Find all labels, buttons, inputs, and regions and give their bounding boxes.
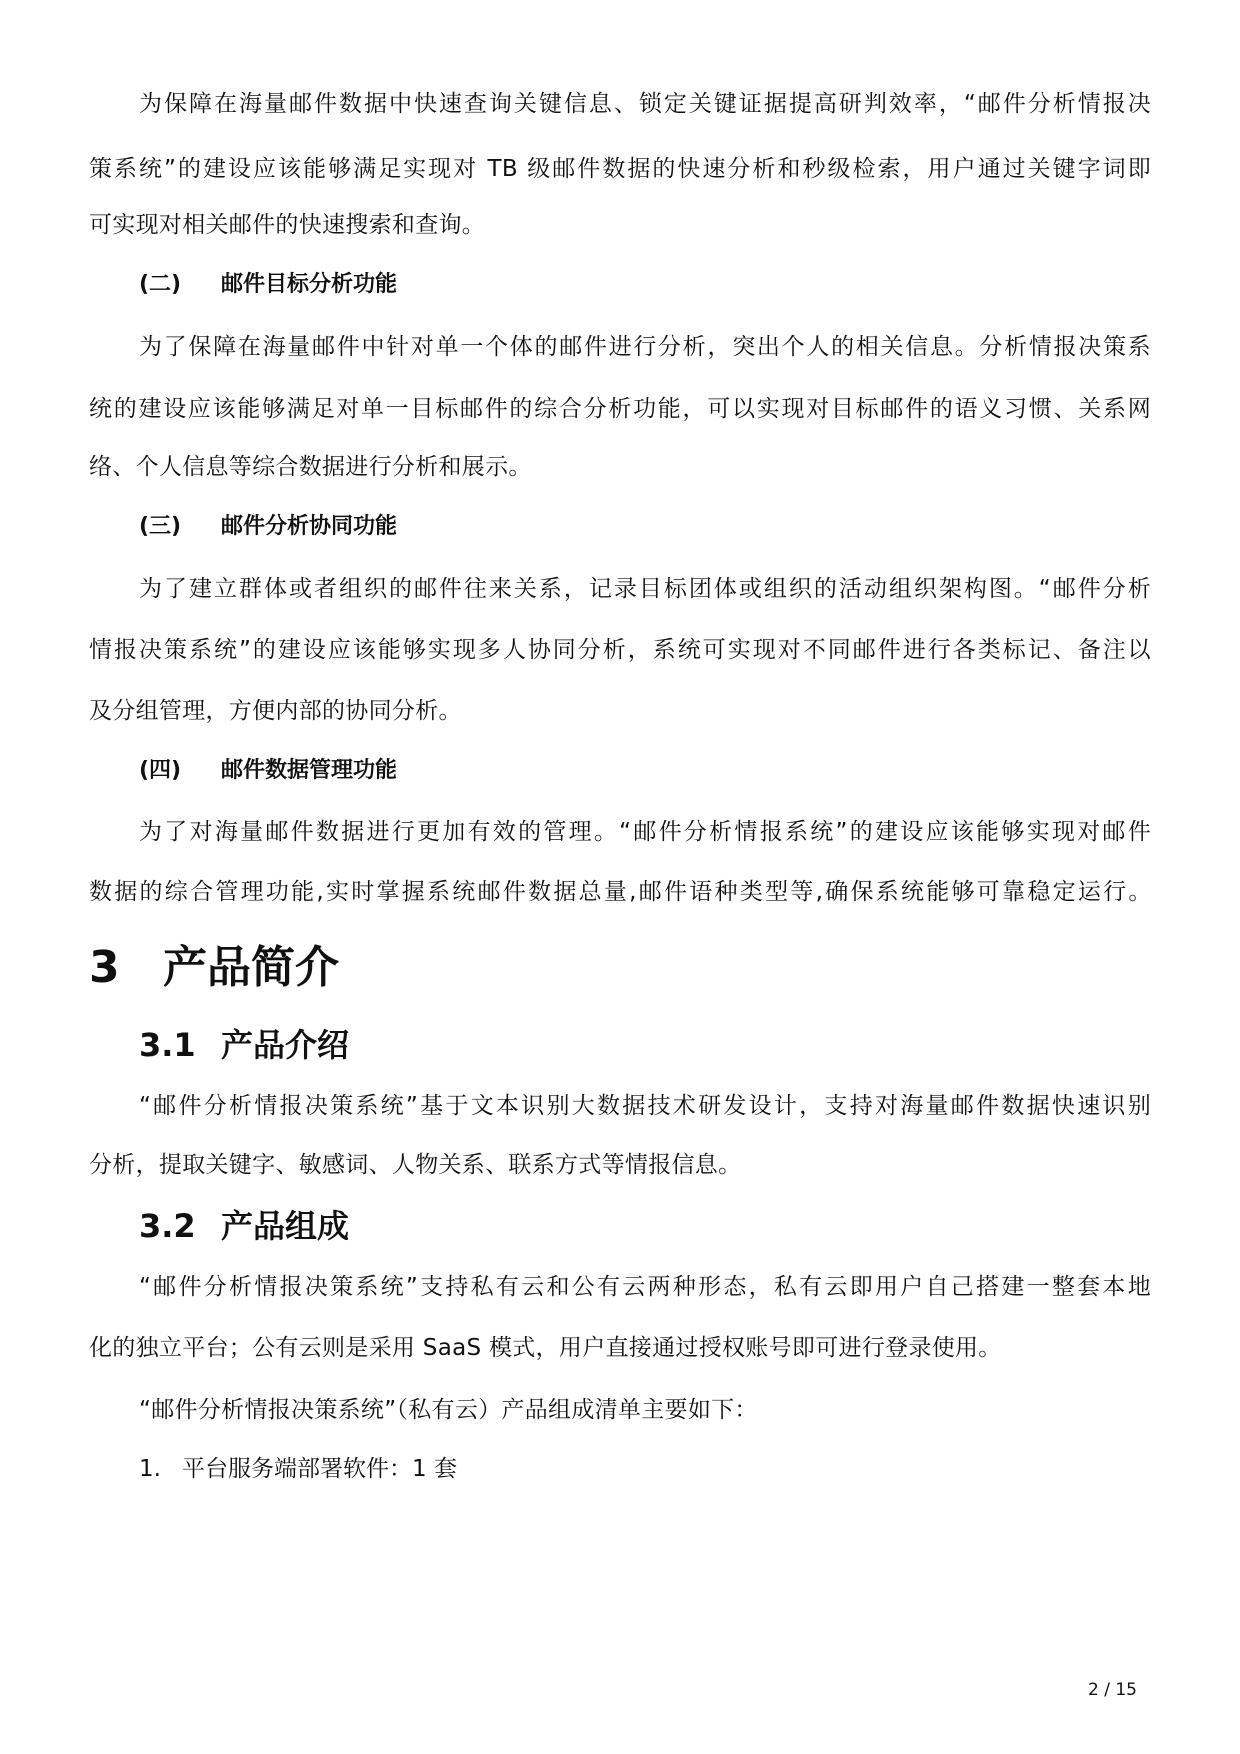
heading-number: 3.2 (139, 1205, 221, 1247)
section-heading-product-intro: 3.1产品介绍 (139, 1024, 349, 1066)
list-item-text: 平台服务端部署软件：1 套 (182, 1456, 457, 1482)
paragraph-line: 统的建设应该能够满足对单一目标邮件的综合分析功能，可以实现对目标邮件的语义习惯、… (89, 394, 1151, 424)
paragraph-line: “邮件分析情报决策系统”支持私有云和公有云两种形态，私有云即用户自己搭建一整套本… (139, 1272, 1151, 1302)
heading-number: (三) (139, 512, 221, 542)
paragraph-line: 数据的综合管理功能,实时掌握系统邮件数据总量,邮件语种类型等,确保系统能够可靠稳… (89, 877, 1151, 907)
section-heading-product-composition: 3.2产品组成 (139, 1205, 349, 1247)
paragraph-line: 策系统”的建设应该能够满足实现对 TB 级邮件数据的快速分析和秒级检索，用户通过… (89, 154, 1151, 184)
paragraph-line: 分析，提取关键字、敏感词、人物关系、联系方式等情报信息。 (89, 1150, 1151, 1180)
paragraph-line: 为了保障在海量邮件中针对单一个体的邮件进行分析，突出个人的相关信息。分析情报决策… (139, 332, 1151, 362)
heading-number: 3.1 (139, 1024, 221, 1066)
heading-title: 产品简介 (163, 942, 339, 993)
heading-title: 产品介绍 (221, 1026, 349, 1064)
paragraph-line: 可实现对相关邮件的快速搜索和查询。 (89, 210, 1151, 240)
subsection-heading-data-management: (四)邮件数据管理功能 (139, 756, 397, 786)
paragraph-line: 络、个人信息等综合数据进行分析和展示。 (89, 452, 1151, 482)
heading-number: (二) (139, 270, 221, 300)
heading-number: (四) (139, 756, 221, 786)
heading-title: 邮件分析协同功能 (221, 514, 397, 539)
list-item-number: 1. (139, 1454, 182, 1484)
list-item: 1.平台服务端部署软件：1 套 (139, 1454, 457, 1484)
subsection-heading-target-analysis: (二)邮件目标分析功能 (139, 270, 397, 300)
paragraph-line: 为了建立群体或者组织的邮件往来关系，记录目标团体或组织的活动组织架构图。“邮件分… (139, 574, 1151, 604)
paragraph-line: 为保障在海量邮件数据中快速查询关键信息、锁定关键证据提高研判效率，“邮件分析情报… (139, 89, 1151, 119)
paragraph-line: “邮件分析情报决策系统”基于文本识别大数据技术研发设计，支持对海量邮件数据快速识… (139, 1091, 1151, 1121)
heading-title: 邮件目标分析功能 (221, 272, 397, 297)
chapter-heading-product-overview: 3产品简介 (89, 940, 339, 996)
subsection-heading-collaboration: (三)邮件分析协同功能 (139, 512, 397, 542)
page-number: 2 / 15 (1088, 1679, 1137, 1701)
paragraph-line: 情报决策系统”的建设应该能够实现多人协同分析，系统可实现对不同邮件进行各类标记、… (89, 635, 1151, 665)
heading-title: 邮件数据管理功能 (221, 758, 397, 783)
paragraph-line: 及分组管理，方便内部的协同分析。 (89, 696, 1151, 726)
heading-number: 3 (89, 940, 163, 996)
heading-title: 产品组成 (221, 1207, 349, 1245)
list-intro: “邮件分析情报决策系统”（私有云）产品组成清单主要如下： (139, 1395, 1151, 1425)
paragraph-line: 化的独立平台；公有云则是采用 SaaS 模式，用户直接通过授权账号即可进行登录使… (89, 1333, 1151, 1363)
paragraph-line: 为了对海量邮件数据进行更加有效的管理。“邮件分析情报系统”的建设应该能够实现对邮… (139, 817, 1151, 847)
